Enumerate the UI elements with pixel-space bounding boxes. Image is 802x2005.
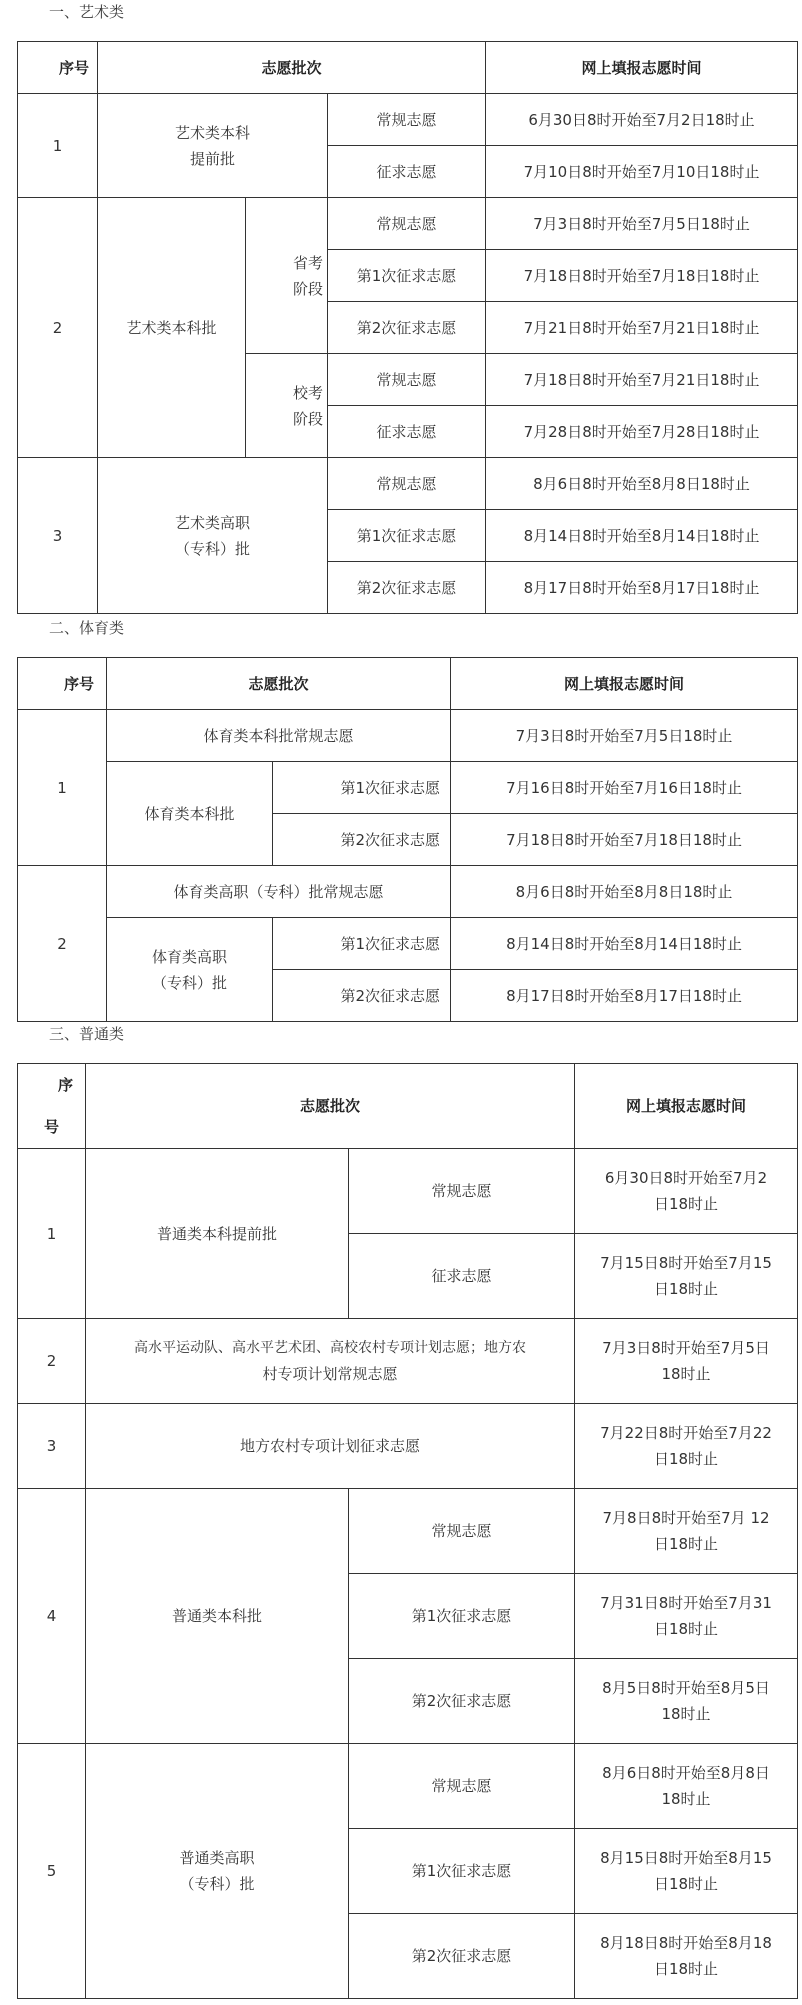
seq-cell: 3 <box>18 458 98 614</box>
batch-cell: 普通类高职 （专科）批 <box>86 1744 349 1999</box>
batch-cell: 艺术类高职 （专科）批 <box>98 458 328 614</box>
seq-cell: 1 <box>18 1149 86 1319</box>
type-cell: 征求志愿 <box>328 146 486 198</box>
type-cell: 第1次征求志愿 <box>349 1829 575 1914</box>
time-line: 18时止 <box>579 1701 793 1727</box>
batch-cell: 高水平运动队、高水平艺术团、高校农村专项计划志愿；地方农 村专项计划常规志愿 <box>86 1319 575 1404</box>
batch-line: （专科）批 <box>90 1871 344 1897</box>
type-cell: 常规志愿 <box>349 1744 575 1829</box>
seq-cell: 1 <box>18 710 107 866</box>
batch-line: 体育类高职 <box>111 944 268 970</box>
time-cell: 8月6日8时开始至8月8日 18时止 <box>575 1744 798 1829</box>
stage-line: 阶段 <box>250 406 323 432</box>
header-time: 网上填报志愿时间 <box>486 42 798 94</box>
type-cell: 常规志愿 <box>349 1149 575 1234</box>
header-seq: 序号 <box>18 42 98 94</box>
batch-line: 村专项计划常规志愿 <box>90 1361 570 1387</box>
stage-line: 省考 <box>250 250 323 276</box>
general-schedule-table: 序 号 志愿批次 网上填报志愿时间 1 普通类本科提前批 常规志愿 6月30日8… <box>17 1063 798 1999</box>
time-cell: 8月15日8时开始至8月15 日18时止 <box>575 1829 798 1914</box>
seq-cell: 1 <box>18 94 98 198</box>
batch-cell: 地方农村专项计划征求志愿 <box>86 1404 575 1489</box>
type-cell: 常规志愿 <box>328 198 486 250</box>
batch-cell: 体育类高职（专科）批常规志愿 <box>107 866 451 918</box>
time-cell: 8月14日8时开始至8月14日18时止 <box>451 918 798 970</box>
table-row: 1 艺术类本科 提前批 常规志愿 6月30日8时开始至7月2日18时止 <box>18 94 798 146</box>
header-seq-line: 序 <box>22 1064 81 1106</box>
type-cell: 第2次征求志愿 <box>349 1659 575 1744</box>
time-cell: 7月16日8时开始至7月16日18时止 <box>451 762 798 814</box>
time-line: 日18时止 <box>579 1276 793 1302</box>
type-cell: 常规志愿 <box>349 1489 575 1574</box>
header-seq: 序 号 <box>18 1064 86 1149</box>
section-title-general: 三、普通类 <box>49 1024 124 1044</box>
batch-cell: 体育类高职 （专科）批 <box>107 918 273 1022</box>
batch-line: 艺术类高职 <box>102 510 323 536</box>
time-line: 7月15日8时开始至7月15 <box>579 1250 793 1276</box>
table-row: 1 体育类本科批常规志愿 7月3日8时开始至7月5日18时止 <box>18 710 798 762</box>
type-cell: 常规志愿 <box>328 94 486 146</box>
time-line: 18时止 <box>579 1361 793 1387</box>
time-line: 日18时止 <box>579 1531 793 1557</box>
sports-schedule-table: 序号 志愿批次 网上填报志愿时间 1 体育类本科批常规志愿 7月3日8时开始至7… <box>17 657 798 1022</box>
time-line: 7月22日8时开始至7月22 <box>579 1420 793 1446</box>
time-cell: 7月8日8时开始至7月 12 日18时止 <box>575 1489 798 1574</box>
batch-cell: 体育类本科批常规志愿 <box>107 710 451 762</box>
time-line: 日18时止 <box>579 1446 793 1472</box>
seq-cell: 2 <box>18 866 107 1022</box>
batch-line: 艺术类本科 <box>102 120 323 146</box>
time-line: 7月31日8时开始至7月31 <box>579 1590 793 1616</box>
type-cell: 第2次征求志愿 <box>328 562 486 614</box>
section-title-sports: 二、体育类 <box>49 618 124 638</box>
time-cell: 8月17日8时开始至8月17日18时止 <box>486 562 798 614</box>
time-cell: 7月18日8时开始至7月18日18时止 <box>486 250 798 302</box>
batch-line: （专科）批 <box>102 536 323 562</box>
table-row: 2 艺术类本科批 省考 阶段 常规志愿 7月3日8时开始至7月5日18时止 <box>18 198 798 250</box>
type-cell: 征求志愿 <box>328 406 486 458</box>
time-line: 日18时止 <box>579 1616 793 1642</box>
batch-line: 普通类高职 <box>90 1845 344 1871</box>
time-line: 8月15日8时开始至8月15 <box>579 1845 793 1871</box>
table-header-row: 序号 志愿批次 网上填报志愿时间 <box>18 658 798 710</box>
type-cell: 常规志愿 <box>328 458 486 510</box>
table-row: 5 普通类高职 （专科）批 常规志愿 8月6日8时开始至8月8日 18时止 <box>18 1744 798 1829</box>
time-line: 7月8日8时开始至7月 12 <box>579 1505 793 1531</box>
time-cell: 7月15日8时开始至7月15 日18时止 <box>575 1234 798 1319</box>
time-line: 日18时止 <box>579 1191 793 1217</box>
time-cell: 6月30日8时开始至7月2 日18时止 <box>575 1149 798 1234</box>
time-cell: 8月5日8时开始至8月5日 18时止 <box>575 1659 798 1744</box>
type-cell: 第2次征求志愿 <box>328 302 486 354</box>
batch-cell: 艺术类本科 提前批 <box>98 94 328 198</box>
time-line: 8月5日8时开始至8月5日 <box>579 1675 793 1701</box>
batch-cell: 体育类本科批 <box>107 762 273 866</box>
time-line: 8月6日8时开始至8月8日 <box>579 1760 793 1786</box>
time-line: 18时止 <box>579 1786 793 1812</box>
header-batch: 志愿批次 <box>86 1064 575 1149</box>
table-row: 2 体育类高职（专科）批常规志愿 8月6日8时开始至8月8日18时止 <box>18 866 798 918</box>
type-cell: 第1次征求志愿 <box>349 1574 575 1659</box>
header-batch: 志愿批次 <box>107 658 451 710</box>
table-row: 3 艺术类高职 （专科）批 常规志愿 8月6日8时开始至8月8日18时止 <box>18 458 798 510</box>
seq-cell: 4 <box>18 1489 86 1744</box>
stage-line: 校考 <box>250 380 323 406</box>
time-line: 8月18日8时开始至8月18 <box>579 1930 793 1956</box>
time-cell: 7月3日8时开始至7月5日18时止 <box>451 710 798 762</box>
batch-line: 高水平运动队、高水平艺术团、高校农村专项计划志愿；地方农 <box>90 1335 570 1361</box>
type-cell: 第1次征求志愿 <box>328 250 486 302</box>
header-seq-line: 号 <box>22 1106 81 1148</box>
batch-cell: 普通类本科批 <box>86 1489 349 1744</box>
header-time: 网上填报志愿时间 <box>451 658 798 710</box>
table-row: 2 高水平运动队、高水平艺术团、高校农村专项计划志愿；地方农 村专项计划常规志愿… <box>18 1319 798 1404</box>
type-cell: 第2次征求志愿 <box>273 814 451 866</box>
seq-cell: 3 <box>18 1404 86 1489</box>
time-cell: 6月30日8时开始至7月2日18时止 <box>486 94 798 146</box>
type-cell: 第2次征求志愿 <box>349 1914 575 1999</box>
time-cell: 7月31日8时开始至7月31 日18时止 <box>575 1574 798 1659</box>
time-cell: 7月10日8时开始至7月10日18时止 <box>486 146 798 198</box>
time-cell: 8月6日8时开始至8月8日18时止 <box>451 866 798 918</box>
time-cell: 8月6日8时开始至8月8日18时止 <box>486 458 798 510</box>
time-cell: 7月3日8时开始至7月5日 18时止 <box>575 1319 798 1404</box>
table-row: 4 普通类本科批 常规志愿 7月8日8时开始至7月 12 日18时止 <box>18 1489 798 1574</box>
batch-line: （专科）批 <box>111 970 268 996</box>
time-line: 日18时止 <box>579 1871 793 1897</box>
time-cell: 8月18日8时开始至8月18 日18时止 <box>575 1914 798 1999</box>
type-cell: 第1次征求志愿 <box>273 918 451 970</box>
time-cell: 7月28日8时开始至7月28日18时止 <box>486 406 798 458</box>
header-seq: 序号 <box>18 658 107 710</box>
time-cell: 7月3日8时开始至7月5日18时止 <box>486 198 798 250</box>
header-time: 网上填报志愿时间 <box>575 1064 798 1149</box>
type-cell: 常规志愿 <box>328 354 486 406</box>
section-title-art: 一、艺术类 <box>49 2 124 22</box>
seq-cell: 5 <box>18 1744 86 1999</box>
header-batch: 志愿批次 <box>98 42 486 94</box>
time-cell: 7月18日8时开始至7月18日18时止 <box>451 814 798 866</box>
stage-line: 阶段 <box>250 276 323 302</box>
seq-cell: 2 <box>18 1319 86 1404</box>
table-header-row: 序 号 志愿批次 网上填报志愿时间 <box>18 1064 798 1149</box>
time-cell: 7月22日8时开始至7月22 日18时止 <box>575 1404 798 1489</box>
type-cell: 第1次征求志愿 <box>273 762 451 814</box>
table-row: 体育类高职 （专科）批 第1次征求志愿 8月14日8时开始至8月14日18时止 <box>18 918 798 970</box>
stage-cell: 省考 阶段 <box>246 198 328 354</box>
seq-cell: 2 <box>18 198 98 458</box>
time-line: 6月30日8时开始至7月2 <box>579 1165 793 1191</box>
table-row: 体育类本科批 第1次征求志愿 7月16日8时开始至7月16日18时止 <box>18 762 798 814</box>
table-row: 1 普通类本科提前批 常规志愿 6月30日8时开始至7月2 日18时止 <box>18 1149 798 1234</box>
batch-cell: 艺术类本科批 <box>98 198 246 458</box>
time-cell: 8月17日8时开始至8月17日18时止 <box>451 970 798 1022</box>
time-cell: 7月21日8时开始至7月21日18时止 <box>486 302 798 354</box>
batch-line: 提前批 <box>102 146 323 172</box>
table-row: 3 地方农村专项计划征求志愿 7月22日8时开始至7月22 日18时止 <box>18 1404 798 1489</box>
type-cell: 征求志愿 <box>349 1234 575 1319</box>
time-cell: 7月18日8时开始至7月21日18时止 <box>486 354 798 406</box>
type-cell: 第1次征求志愿 <box>328 510 486 562</box>
time-line: 7月3日8时开始至7月5日 <box>579 1335 793 1361</box>
table-header-row: 序号 志愿批次 网上填报志愿时间 <box>18 42 798 94</box>
type-cell: 第2次征求志愿 <box>273 970 451 1022</box>
time-line: 日18时止 <box>579 1956 793 1982</box>
batch-cell: 普通类本科提前批 <box>86 1149 349 1319</box>
stage-cell: 校考 阶段 <box>246 354 328 458</box>
time-cell: 8月14日8时开始至8月14日18时止 <box>486 510 798 562</box>
art-schedule-table: 序号 志愿批次 网上填报志愿时间 1 艺术类本科 提前批 常规志愿 6月30日8… <box>17 41 798 614</box>
